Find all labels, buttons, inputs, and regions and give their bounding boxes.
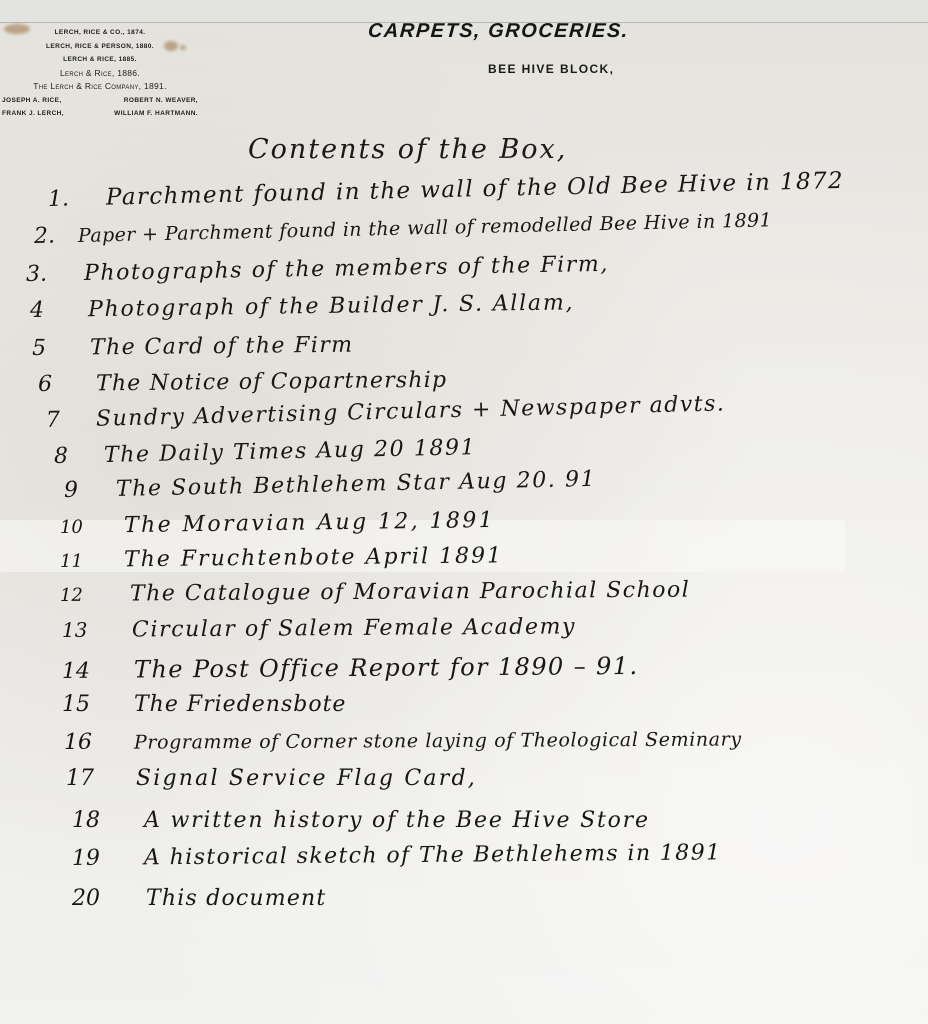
item-text: Signal Service Flag Card,: [136, 766, 477, 791]
item-number: 7: [46, 407, 97, 433]
list-item: 2. Paper + Parchment found in the wall o…: [34, 207, 773, 249]
item-text: A written history of the Bee Hive Store: [144, 808, 650, 833]
item-number: 18: [72, 808, 144, 833]
list-item: 14 The Post Office Report for 1890 – 91.: [62, 652, 639, 684]
list-item: 20 This document: [72, 886, 326, 911]
item-text: Paper + Parchment found in the wall of r…: [78, 209, 772, 247]
item-number: 2.: [34, 223, 79, 249]
item-text: The Friedensbote: [134, 692, 346, 717]
list-item: 4 Photograph of the Builder J. S. Allam,: [30, 290, 575, 323]
list-item: 17 Signal Service Flag Card,: [66, 766, 477, 791]
item-number: 10: [60, 516, 124, 538]
item-text: Photographs of the members of the Firm,: [84, 252, 609, 286]
item-number: 9: [64, 477, 117, 503]
item-number: 5: [32, 335, 90, 361]
list-item: 9 The South Bethlehem Star Aug 20. 91: [64, 467, 597, 503]
list-item: 7 Sundry Advertising Circulars + Newspap…: [46, 391, 726, 433]
item-text: Sundry Advertising Circulars + Newspaper…: [96, 391, 726, 431]
document-sheet: Lerch, Rice & Co., 1874. Lerch, Rice & P…: [0, 0, 928, 1024]
item-number: 17: [66, 766, 136, 791]
list-item: 16 Programme of Corner stone laying of T…: [64, 726, 742, 755]
item-number: 11: [60, 550, 124, 572]
item-number: 20: [72, 886, 146, 911]
item-text: Programme of Corner stone laying of Theo…: [134, 728, 742, 753]
item-text: The South Bethlehem Star Aug 20. 91: [116, 467, 597, 502]
item-text: Circular of Salem Female Academy: [132, 614, 576, 642]
item-text: The Moravian Aug 12, 1891: [124, 508, 495, 538]
list-item: 10 The Moravian Aug 12, 1891: [60, 508, 495, 539]
item-text: Parchment found in the wall of the Old B…: [106, 168, 845, 211]
item-text: Photograph of the Builder J. S. Allam,: [88, 290, 575, 322]
item-text: The Catalogue of Moravian Parochial Scho…: [130, 578, 690, 607]
list-item: 8 The Daily Times Aug 20 1891: [54, 435, 477, 469]
item-number: 14: [62, 658, 134, 684]
item-text: The Daily Times Aug 20 1891: [104, 435, 477, 468]
contents-list: 1. Parchment found in the wall of the Ol…: [0, 0, 928, 1024]
item-number: 4: [30, 297, 88, 323]
item-text: This document: [146, 886, 326, 911]
list-item: 1. Parchment found in the wall of the Ol…: [48, 168, 845, 212]
item-number: 3.: [26, 261, 84, 287]
list-item: 5 The Card of the Firm: [32, 333, 354, 361]
item-number: 19: [72, 845, 144, 871]
item-number: 13: [62, 618, 132, 642]
item-number: 6: [38, 371, 96, 397]
item-number: 12: [60, 585, 130, 606]
list-item: 11 The Fruchtenbote April 1891: [60, 543, 503, 573]
item-number: 8: [54, 443, 105, 469]
item-number: 16: [64, 730, 134, 755]
list-item: 18 A written history of the Bee Hive Sto…: [72, 808, 650, 833]
item-text: The Card of the Firm: [90, 333, 354, 361]
item-text: The Fruchtenbote April 1891: [124, 543, 503, 572]
item-number: 1.: [48, 186, 107, 212]
item-text: The Notice of Copartnership: [96, 368, 448, 397]
list-item: 13 Circular of Salem Female Academy: [62, 614, 576, 643]
list-item: 3. Photographs of the members of the Fir…: [26, 252, 609, 287]
item-number: 15: [62, 692, 134, 717]
item-text: A historical sketch of The Bethlehems in…: [144, 840, 722, 870]
item-text: The Post Office Report for 1890 – 91.: [134, 652, 639, 684]
list-item: 15 The Friedensbote: [62, 692, 346, 717]
list-item: 19 A historical sketch of The Bethlehems…: [72, 840, 722, 871]
list-item: 6 The Notice of Copartnership: [38, 368, 448, 397]
list-item: 12 The Catalogue of Moravian Parochial S…: [60, 578, 690, 607]
